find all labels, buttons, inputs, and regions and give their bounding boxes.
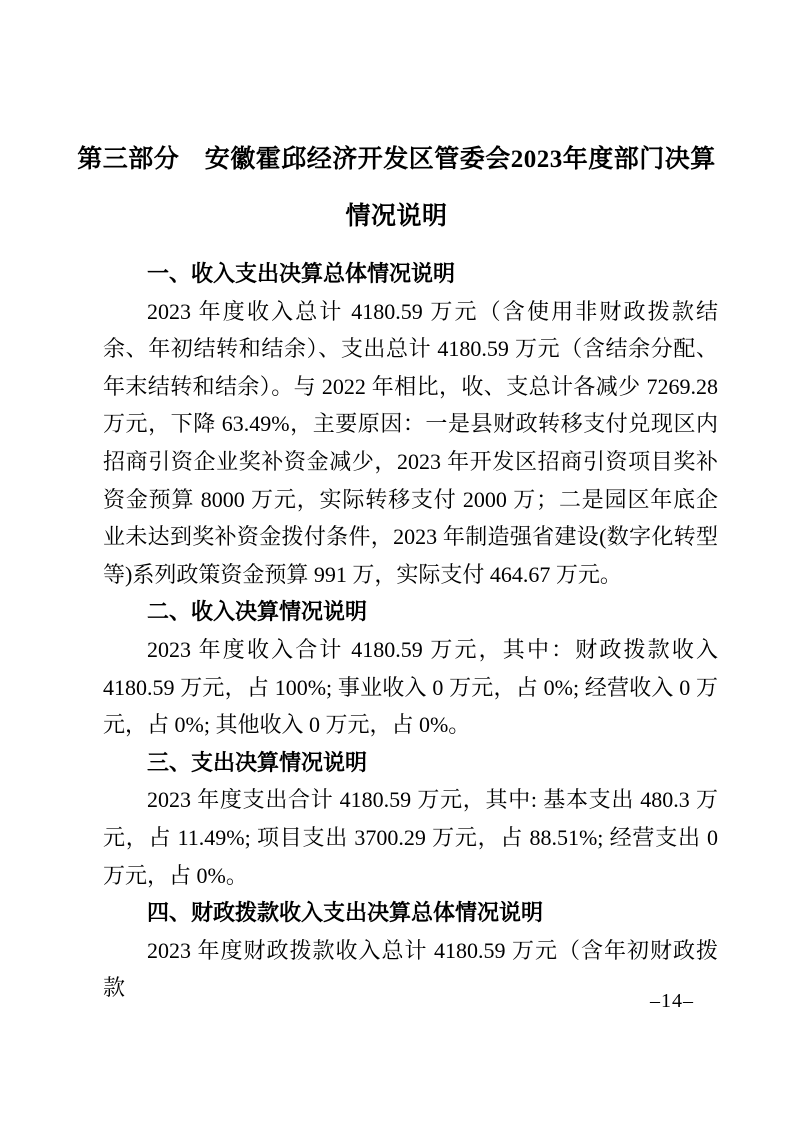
document-title-line-1: 第三部分 安徽霍邱经济开发区管委会2023年度部门决算 xyxy=(0,131,793,188)
document-page: 第三部分 安徽霍邱经济开发区管委会2023年度部门决算 情况说明 一、收入支出决… xyxy=(0,0,793,1122)
page-number: –14– xyxy=(650,990,694,1013)
section-2-heading: 二、收入决算情况说明 xyxy=(103,593,718,631)
section-2-paragraph: 2023 年度收入合计 4180.59 万元，其中：财政拨款收入 4180.59… xyxy=(103,631,718,744)
document-title: 第三部分 安徽霍邱经济开发区管委会2023年度部门决算 情况说明 xyxy=(0,0,793,245)
section-3-paragraph: 2023 年度支出合计 4180.59 万元，其中: 基本支出 480.3 万元… xyxy=(103,781,718,894)
document-title-line-2: 情况说明 xyxy=(0,188,793,245)
section-3-heading: 三、支出决算情况说明 xyxy=(103,744,718,782)
section-1-paragraph: 2023 年度收入总计 4180.59 万元（含使用非财政拨款结余、年初结转和结… xyxy=(103,293,718,594)
section-1-heading: 一、收入支出决算总体情况说明 xyxy=(103,255,718,293)
document-body: 一、收入支出决算总体情况说明 2023 年度收入总计 4180.59 万元（含使… xyxy=(103,255,718,1007)
section-4-heading: 四、财政拨款收入支出决算总体情况说明 xyxy=(103,894,718,932)
section-4-paragraph: 2023 年度财政拨款收入总计 4180.59 万元（含年初财政拨款 xyxy=(103,932,718,1007)
